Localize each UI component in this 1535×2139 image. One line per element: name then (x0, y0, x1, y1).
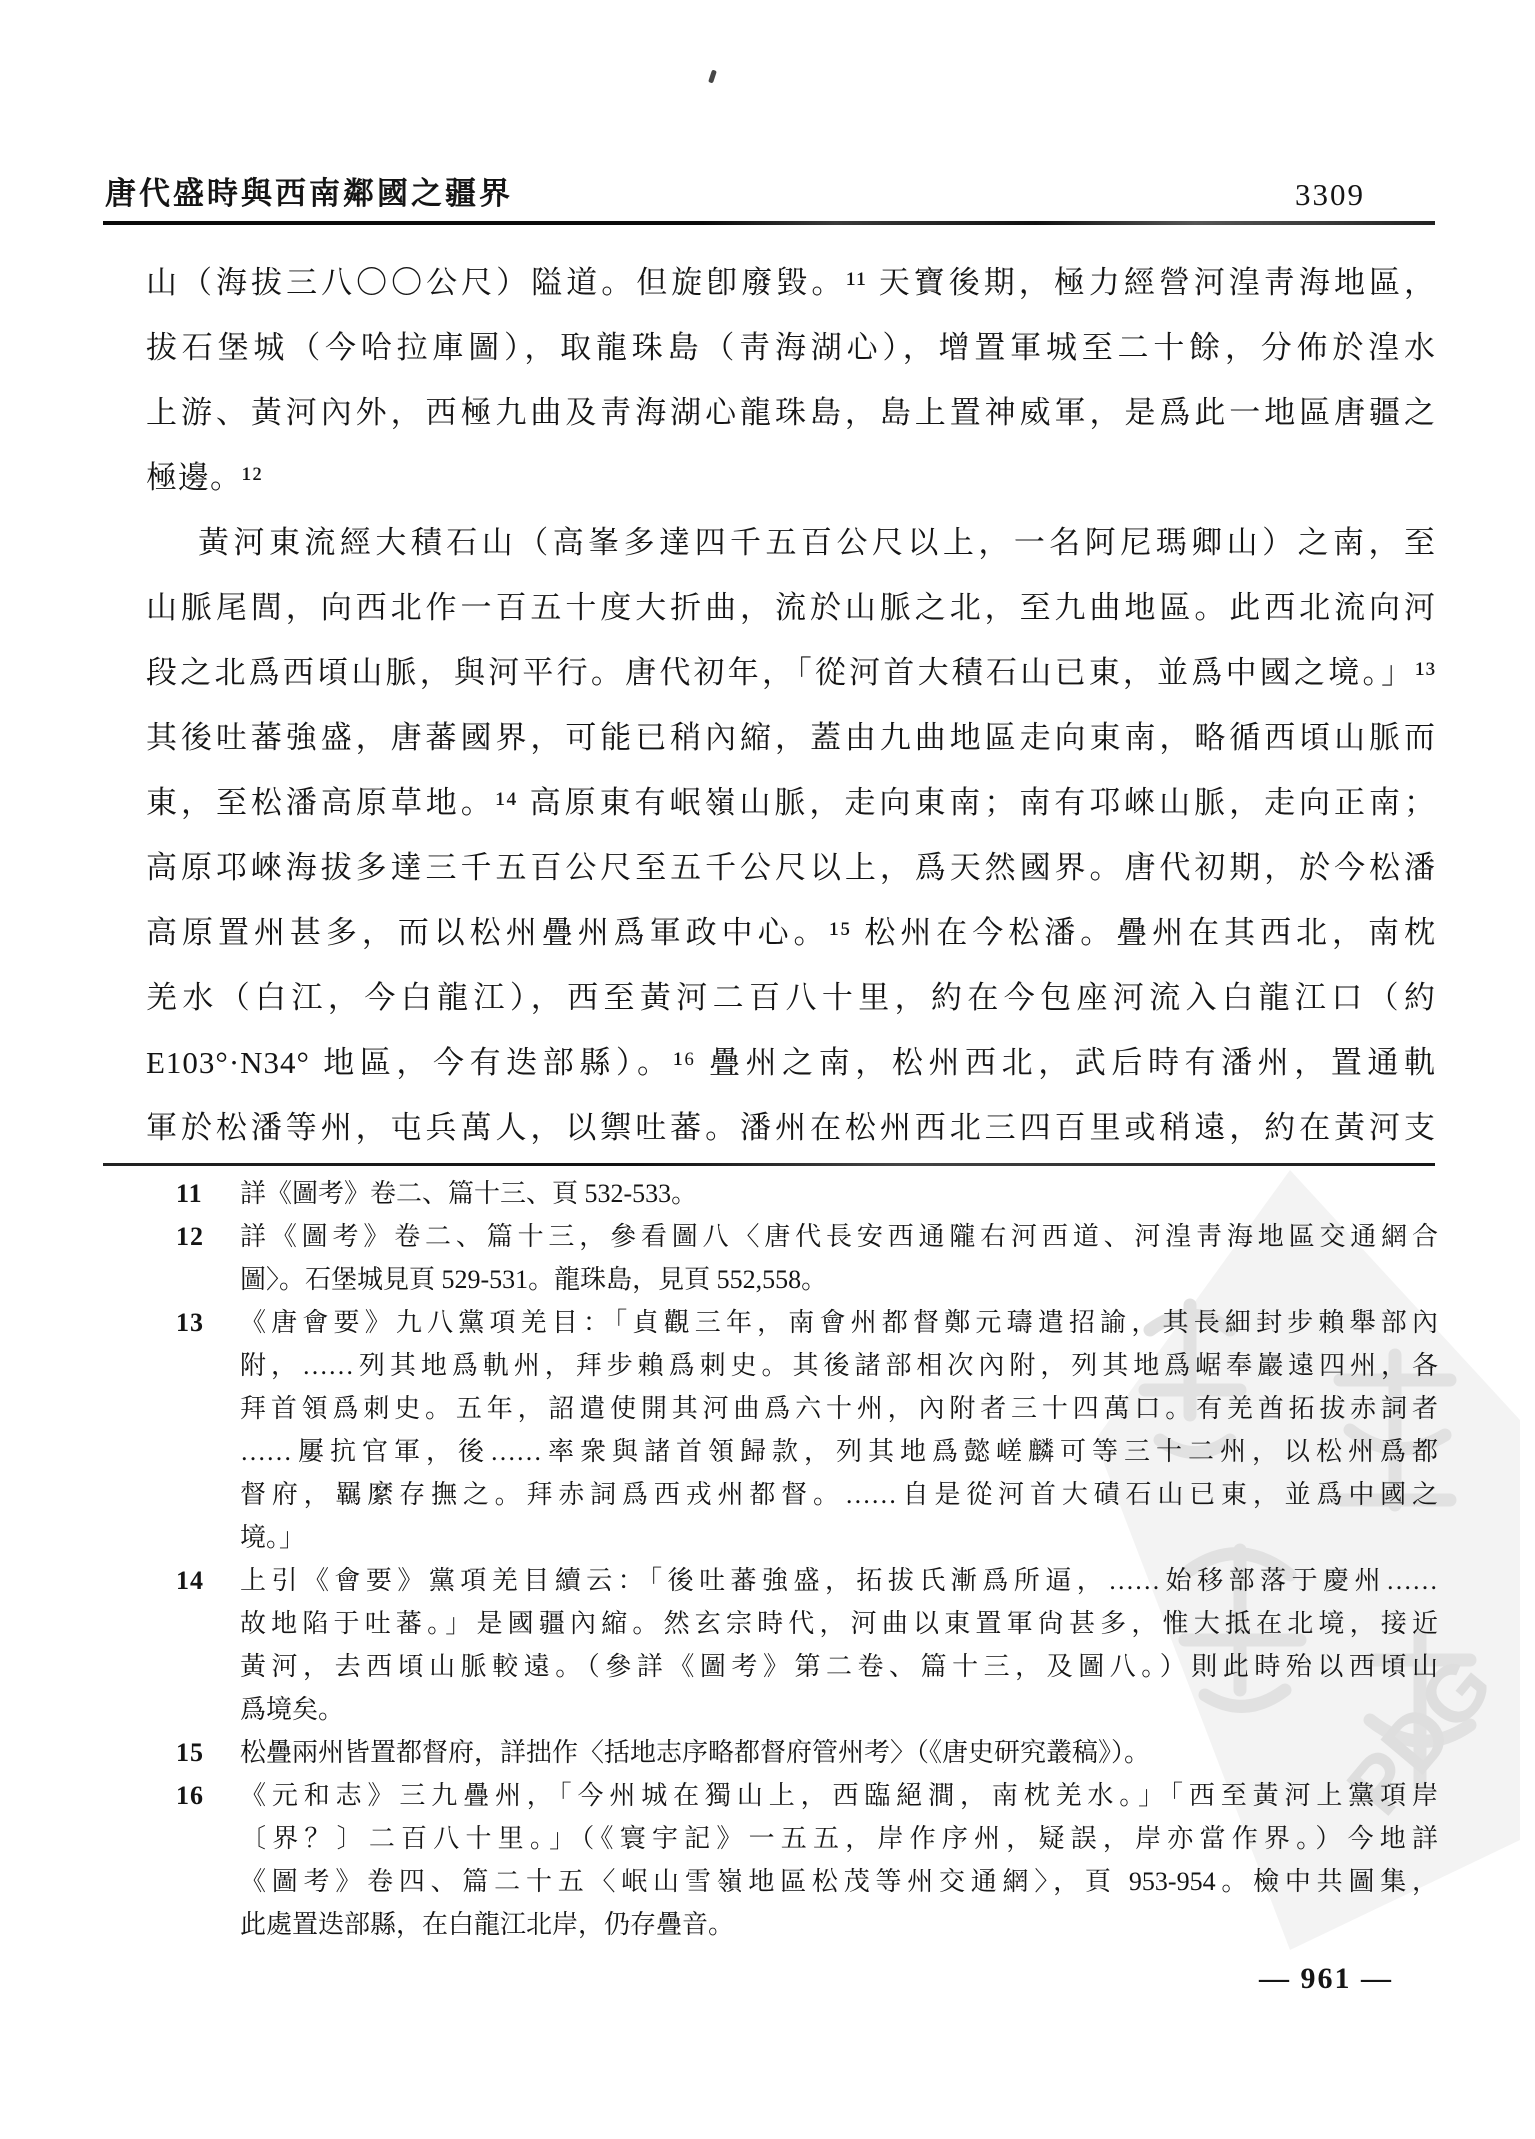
footnote-lines: 詳《圖考》卷二、篇十三，參看圖八〈唐代長安西通隴右河西道、河湟靑海地區交通網合圖… (240, 1215, 1438, 1301)
footnote-line: 附，……列其地爲軌州，拜步賴爲刺史。其後諸部相次內附，列其地爲崌奉巖遠四州，各 (240, 1344, 1438, 1387)
footnote: 11詳《圖考》卷二、篇十三、頁 532-533。 (176, 1172, 1438, 1215)
footnote-number: 16 (176, 1774, 240, 1946)
footnote-lines: 《元和志》三九疊州，「今州城在獨山上，西臨絕澗，南枕羌水。」「西至黃河上黨項岸〔… (240, 1774, 1438, 1946)
body-text: 山（海拔三八〇〇公尺）隘道。但旋卽廢毀。¹¹ 天寶後期，極力經營河湟靑海地區，拔… (146, 250, 1436, 1160)
footnote-line: ……屢抗官軍，後……率衆與諸首領歸款，列其地爲懿嵯麟可等三十二州，以松州爲都 (240, 1430, 1438, 1473)
body-line: 山（海拔三八〇〇公尺）隘道。但旋卽廢毀。¹¹ 天寶後期，極力經營河湟靑海地區， (146, 250, 1436, 315)
body-line: 東，至松潘高原草地。¹⁴ 高原東有岷嶺山脈，走向東南；南有邛崍山脈，走向正南； (146, 770, 1436, 835)
footnote: 15松疊兩州皆置都督府，詳拙作〈括地志序略都督府管州考〉（《唐史研究叢稿》）。 (176, 1731, 1438, 1774)
page-number-top: 3309 (1295, 177, 1365, 213)
footnote-lines: 《唐會要》九八黨項羌目：「貞觀三年，南會州都督鄭元璹遣招諭，其長細封步賴舉部內附… (240, 1301, 1438, 1559)
footnote-number: 13 (176, 1301, 240, 1559)
footnote-line: 圖〉。石堡城見頁 529-531。龍珠島，見頁 552,558。 (240, 1258, 1438, 1301)
body-line: 高原邛崍海拔多達三千五百公尺至五千公尺以上，爲天然國界。唐代初期，於今松潘 (146, 835, 1436, 900)
body-line: 軍於松潘等州，屯兵萬人，以禦吐蕃。潘州在松州西北三四百里或稍遠，約在黃河支 (146, 1095, 1436, 1160)
scan-speck (708, 70, 717, 84)
footnote-line: 境。」 (240, 1516, 1438, 1559)
body-line: E103°·N34° 地區，今有迭部縣）。¹⁶ 疊州之南，松州西北，武后時有潘州… (146, 1030, 1436, 1095)
footnote-line: 拜首領爲刺史。五年，詔遣使開其河曲爲六十州，內附者三十四萬口。有羌酋拓拔赤詞者 (240, 1387, 1438, 1430)
footnote-line: 詳《圖考》卷二、篇十三、頁 532-533。 (240, 1172, 1438, 1215)
footnote-line: 松疊兩州皆置都督府，詳拙作〈括地志序略都督府管州考〉（《唐史研究叢稿》）。 (240, 1731, 1438, 1774)
footnote-separator (103, 1163, 1435, 1166)
footnote-line: 《唐會要》九八黨項羌目：「貞觀三年，南會州都督鄭元璹遣招諭，其長細封步賴舉部內 (240, 1301, 1438, 1344)
footnote-line: 黃河，去西頃山脈較遠。（參詳《圖考》第二卷、篇十三，及圖八。）則此時殆以西頃山 (240, 1645, 1438, 1688)
body-line: 羌水（白江，今白龍江），西至黃河二百八十里，約在今包座河流入白龍江口（約 (146, 965, 1436, 1030)
footnote-line: 上引《會要》黨項羌目續云：「後吐蕃強盛，拓拔氏漸爲所逼，……始移部落于慶州…… (240, 1559, 1438, 1602)
footnote-line: 故地陷于吐蕃。」是國疆內縮。然玄宗時代，河曲以東置軍尙甚多，惟大抵在北境，接近 (240, 1602, 1438, 1645)
running-title: 唐代盛時與西南鄰國之疆界 (105, 168, 513, 213)
footnote: 12詳《圖考》卷二、篇十三，參看圖八〈唐代長安西通隴右河西道、河湟靑海地區交通網… (176, 1215, 1438, 1301)
header-rule (103, 221, 1435, 225)
body-line: 極邊。¹² (146, 445, 1436, 510)
body-line: 上游、黃河內外，西極九曲及靑海湖心龍珠島，島上置神威軍，是爲此一地區唐疆之 (146, 380, 1436, 445)
footnote: 13《唐會要》九八黨項羌目：「貞觀三年，南會州都督鄭元璹遣招諭，其長細封步賴舉部… (176, 1301, 1438, 1559)
footnote: 16《元和志》三九疊州，「今州城在獨山上，西臨絕澗，南枕羌水。」「西至黃河上黨項… (176, 1774, 1438, 1946)
footnote-lines: 松疊兩州皆置都督府，詳拙作〈括地志序略都督府管州考〉（《唐史研究叢稿》）。 (240, 1731, 1438, 1774)
footnote-line: 〔界？〕二百八十里。」（《寰宇記》一五五，岸作序州，疑誤，岸亦當作界。）今地詳 (240, 1817, 1438, 1860)
body-line: 山脈尾閭，向西北作一百五十度大折曲，流於山脈之北，至九曲地區。此西北流向河 (146, 575, 1436, 640)
footnote-lines: 上引《會要》黨項羌目續云：「後吐蕃強盛，拓拔氏漸爲所逼，……始移部落于慶州……故… (240, 1559, 1438, 1731)
footnote-lines: 詳《圖考》卷二、篇十三、頁 532-533。 (240, 1172, 1438, 1215)
footnote: 14上引《會要》黨項羌目續云：「後吐蕃強盛，拓拔氏漸爲所逼，……始移部落于慶州…… (176, 1559, 1438, 1731)
footnote-number: 12 (176, 1215, 240, 1301)
footnote-line: 《元和志》三九疊州，「今州城在獨山上，西臨絕澗，南枕羌水。」「西至黃河上黨項岸 (240, 1774, 1438, 1817)
body-line: 高原置州甚多，而以松州疊州爲軍政中心。¹⁵ 松州在今松潘。疊州在其西北，南枕 (146, 900, 1436, 965)
page-footer: — 961 — (1259, 1962, 1393, 1996)
body-line: 黃河東流經大積石山（高峯多達四千五百公尺以上，一名阿尼瑪卿山）之南，至 (146, 510, 1436, 575)
footnote-number: 15 (176, 1731, 240, 1774)
footnote-line: 詳《圖考》卷二、篇十三，參看圖八〈唐代長安西通隴右河西道、河湟靑海地區交通網合 (240, 1215, 1438, 1258)
footnote-line: 督府，羈縻存撫之。拜赤詞爲西戎州都督。……自是從河首大磧石山已東，並爲中國之 (240, 1473, 1438, 1516)
footnote-line: 此處置迭部縣，在白龍江北岸，仍存疊音。 (240, 1903, 1438, 1946)
footnotes: 11詳《圖考》卷二、篇十三、頁 532-533。12詳《圖考》卷二、篇十三，參看… (176, 1172, 1438, 1946)
footnote-number: 11 (176, 1172, 240, 1215)
footnote-line: 爲境矣。 (240, 1688, 1438, 1731)
body-line: 拔石堡城（今哈拉庫圖），取龍珠島（靑海湖心），增置軍城至二十餘，分佈於湟水 (146, 315, 1436, 380)
page-header: 唐代盛時與西南鄰國之疆界 3309 (105, 168, 1365, 213)
body-line: 其後吐蕃強盛，唐蕃國界，可能已稍內縮，蓋由九曲地區走向東南，略循西頃山脈而 (146, 705, 1436, 770)
footnote-number: 14 (176, 1559, 240, 1731)
body-line: 段之北爲西頃山脈，與河平行。唐代初年，「從河首大積石山已東，並爲中國之境。」¹³ (146, 640, 1436, 705)
footnote-line: 《圖考》卷四、篇二十五〈岷山雪嶺地區松茂等州交通網〉，頁 953-954。檢中共… (240, 1860, 1438, 1903)
page-number-bottom: — 961 — (1259, 1962, 1393, 1995)
document-page: 唐代盛時與西南鄰國之疆界 3309 山（海拔三八〇〇公尺）隘道。但旋卽廢毀。¹¹… (0, 0, 1535, 2139)
